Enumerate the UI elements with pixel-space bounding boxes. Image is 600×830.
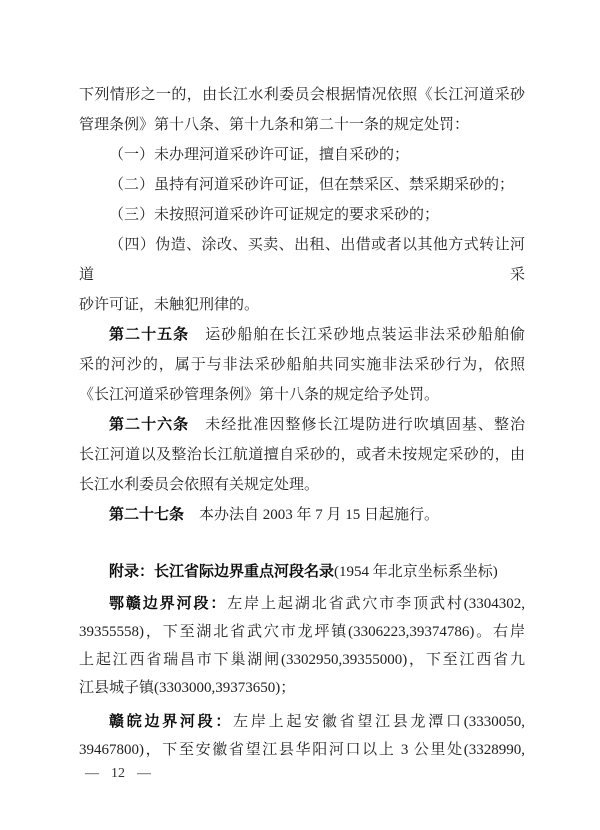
line-text: （四）伪造、涂改、买卖、出租、出借或者以其他方式转让河道采 — [79, 237, 525, 283]
section-name-bold: 鄂赣边界河段： — [109, 596, 227, 612]
line-text: 左岸上起安徽省望江县龙潭口(3330050, — [233, 714, 525, 730]
text-line: （一）未办理河道采砂许可证，擅自采砂的； — [79, 140, 525, 170]
line-text: 下列情形之一的，由长江水利委员会根据情况依照《长江河道采砂 — [79, 87, 525, 103]
text-line: 江县城子镇(3303000,39373650)； — [79, 674, 525, 702]
line-text: 39467800)，下至安徽省望江县华阳河口以上 3 公里处(3328990, — [79, 742, 525, 758]
text-line: 采的河沙的，属于与非法采砂船舶共同实施非法采砂行为，依照 — [79, 350, 525, 380]
line-text: 江县城子镇(3303000,39373650)； — [79, 680, 295, 696]
text-line: 上起江西省瑞昌市下巢湖闸(3302950,39355000)，下至江西省九 — [79, 646, 525, 674]
text-line: 39467800)，下至安徽省望江县华阳河口以上 3 公里处(3328990, — [79, 736, 525, 764]
footer-dash-right: — — [137, 766, 151, 782]
line-text: 长江水利委员会依照有关规定处理。 — [79, 477, 319, 493]
text-line: （二）虽持有河道采砂许可证，但在禁采区、禁采期采砂的； — [79, 170, 525, 200]
line-text: 未经批准因整修长江堤防进行吹填固基、整治 — [189, 417, 525, 433]
line-text: 管理条例》第十八条、第十九条和第二十一条的规定处罚： — [79, 117, 469, 133]
appendix-title-line: 附录：长江省际边界重点河段名录(1954 年北京坐标系坐标) — [79, 558, 525, 586]
line-text: （一）未办理河道采砂许可证，擅自采砂的； — [109, 147, 409, 163]
text-line-ganwan-section: 赣皖边界河段：左岸上起安徽省望江县龙潭口(3330050, — [79, 708, 525, 736]
footer-dash-left: — — [85, 766, 99, 782]
text-line: 长江水利委员会依照有关规定处理。 — [79, 470, 525, 500]
text-line: （三）未按照河道采砂许可证规定的要求采砂的； — [79, 200, 525, 230]
text-line: （四）伪造、涂改、买卖、出租、出借或者以其他方式转让河道采 — [79, 230, 525, 290]
text-line: 下列情形之一的，由长江水利委员会根据情况依照《长江河道采砂 — [79, 80, 525, 110]
text-line: 砂许可证，未触犯刑律的。 — [79, 290, 525, 320]
line-text: 上起江西省瑞昌市下巢湖闸(3302950,39355000)，下至江西省九 — [79, 652, 525, 668]
article-number-bold: 第二十六条 — [109, 417, 189, 433]
page-footer: — 12 — — [85, 766, 525, 782]
text-line: 管理条例》第十八条、第十九条和第二十一条的规定处罚： — [79, 110, 525, 140]
line-text: 采的河沙的，属于与非法采砂船舶共同实施非法采砂行为，依照 — [79, 357, 525, 373]
article-number-bold: 第二十七条 — [109, 507, 184, 523]
line-text: 运砂船舶在长江采砂地点装运非法采砂船舶偷 — [189, 327, 525, 343]
text-line-egan-section: 鄂赣边界河段：左岸上起湖北省武穴市李顶武村(3304302, — [79, 590, 525, 618]
text-line-article-26: 第二十六条 未经批准因整修长江堤防进行吹填固基、整治 — [79, 410, 525, 440]
line-text: 砂许可证，未触犯刑律的。 — [79, 297, 259, 313]
line-text: (1954 年北京坐标系坐标) — [334, 564, 498, 580]
page-number: 12 — [111, 766, 125, 782]
text-line-article-25: 第二十五条 运砂船舶在长江采砂地点装运非法采砂船舶偷 — [79, 320, 525, 350]
line-text: 本办法自 2003 年 7 月 15 日起施行。 — [184, 507, 439, 523]
article-number-bold: 第二十五条 — [109, 327, 189, 343]
line-text: 长江河道以及整治长江航道擅自采砂的，或者未按规定采砂的，由 — [79, 447, 525, 463]
text-line: 长江河道以及整治长江航道擅自采砂的，或者未按规定采砂的，由 — [79, 440, 525, 470]
line-text: （三）未按照河道采砂许可证规定的要求采砂的； — [109, 207, 439, 223]
line-text: 《长江河道采砂管理条例》第十八条的规定给予处罚。 — [79, 387, 439, 403]
line-text: （二）虽持有河道采砂许可证，但在禁采区、禁采期采砂的； — [109, 177, 514, 193]
appendix-title-bold: 附录：长江省际边界重点河段名录 — [109, 564, 334, 580]
line-text: 左岸上起湖北省武穴市李顶武村(3304302, — [227, 596, 525, 612]
text-line: 39355558)，下至湖北省武穴市龙坪镇(3306223,39374786)。… — [79, 618, 525, 646]
text-line: 《长江河道采砂管理条例》第十八条的规定给予处罚。 — [79, 380, 525, 410]
document-page: 下列情形之一的，由长江水利委员会根据情况依照《长江河道采砂 管理条例》第十八条、… — [0, 0, 600, 830]
line-text: 39355558)，下至湖北省武穴市龙坪镇(3306223,39374786)。… — [79, 624, 525, 640]
text-line-article-27: 第二十七条 本办法自 2003 年 7 月 15 日起施行。 — [79, 500, 525, 530]
section-name-bold: 赣皖边界河段： — [109, 714, 233, 730]
